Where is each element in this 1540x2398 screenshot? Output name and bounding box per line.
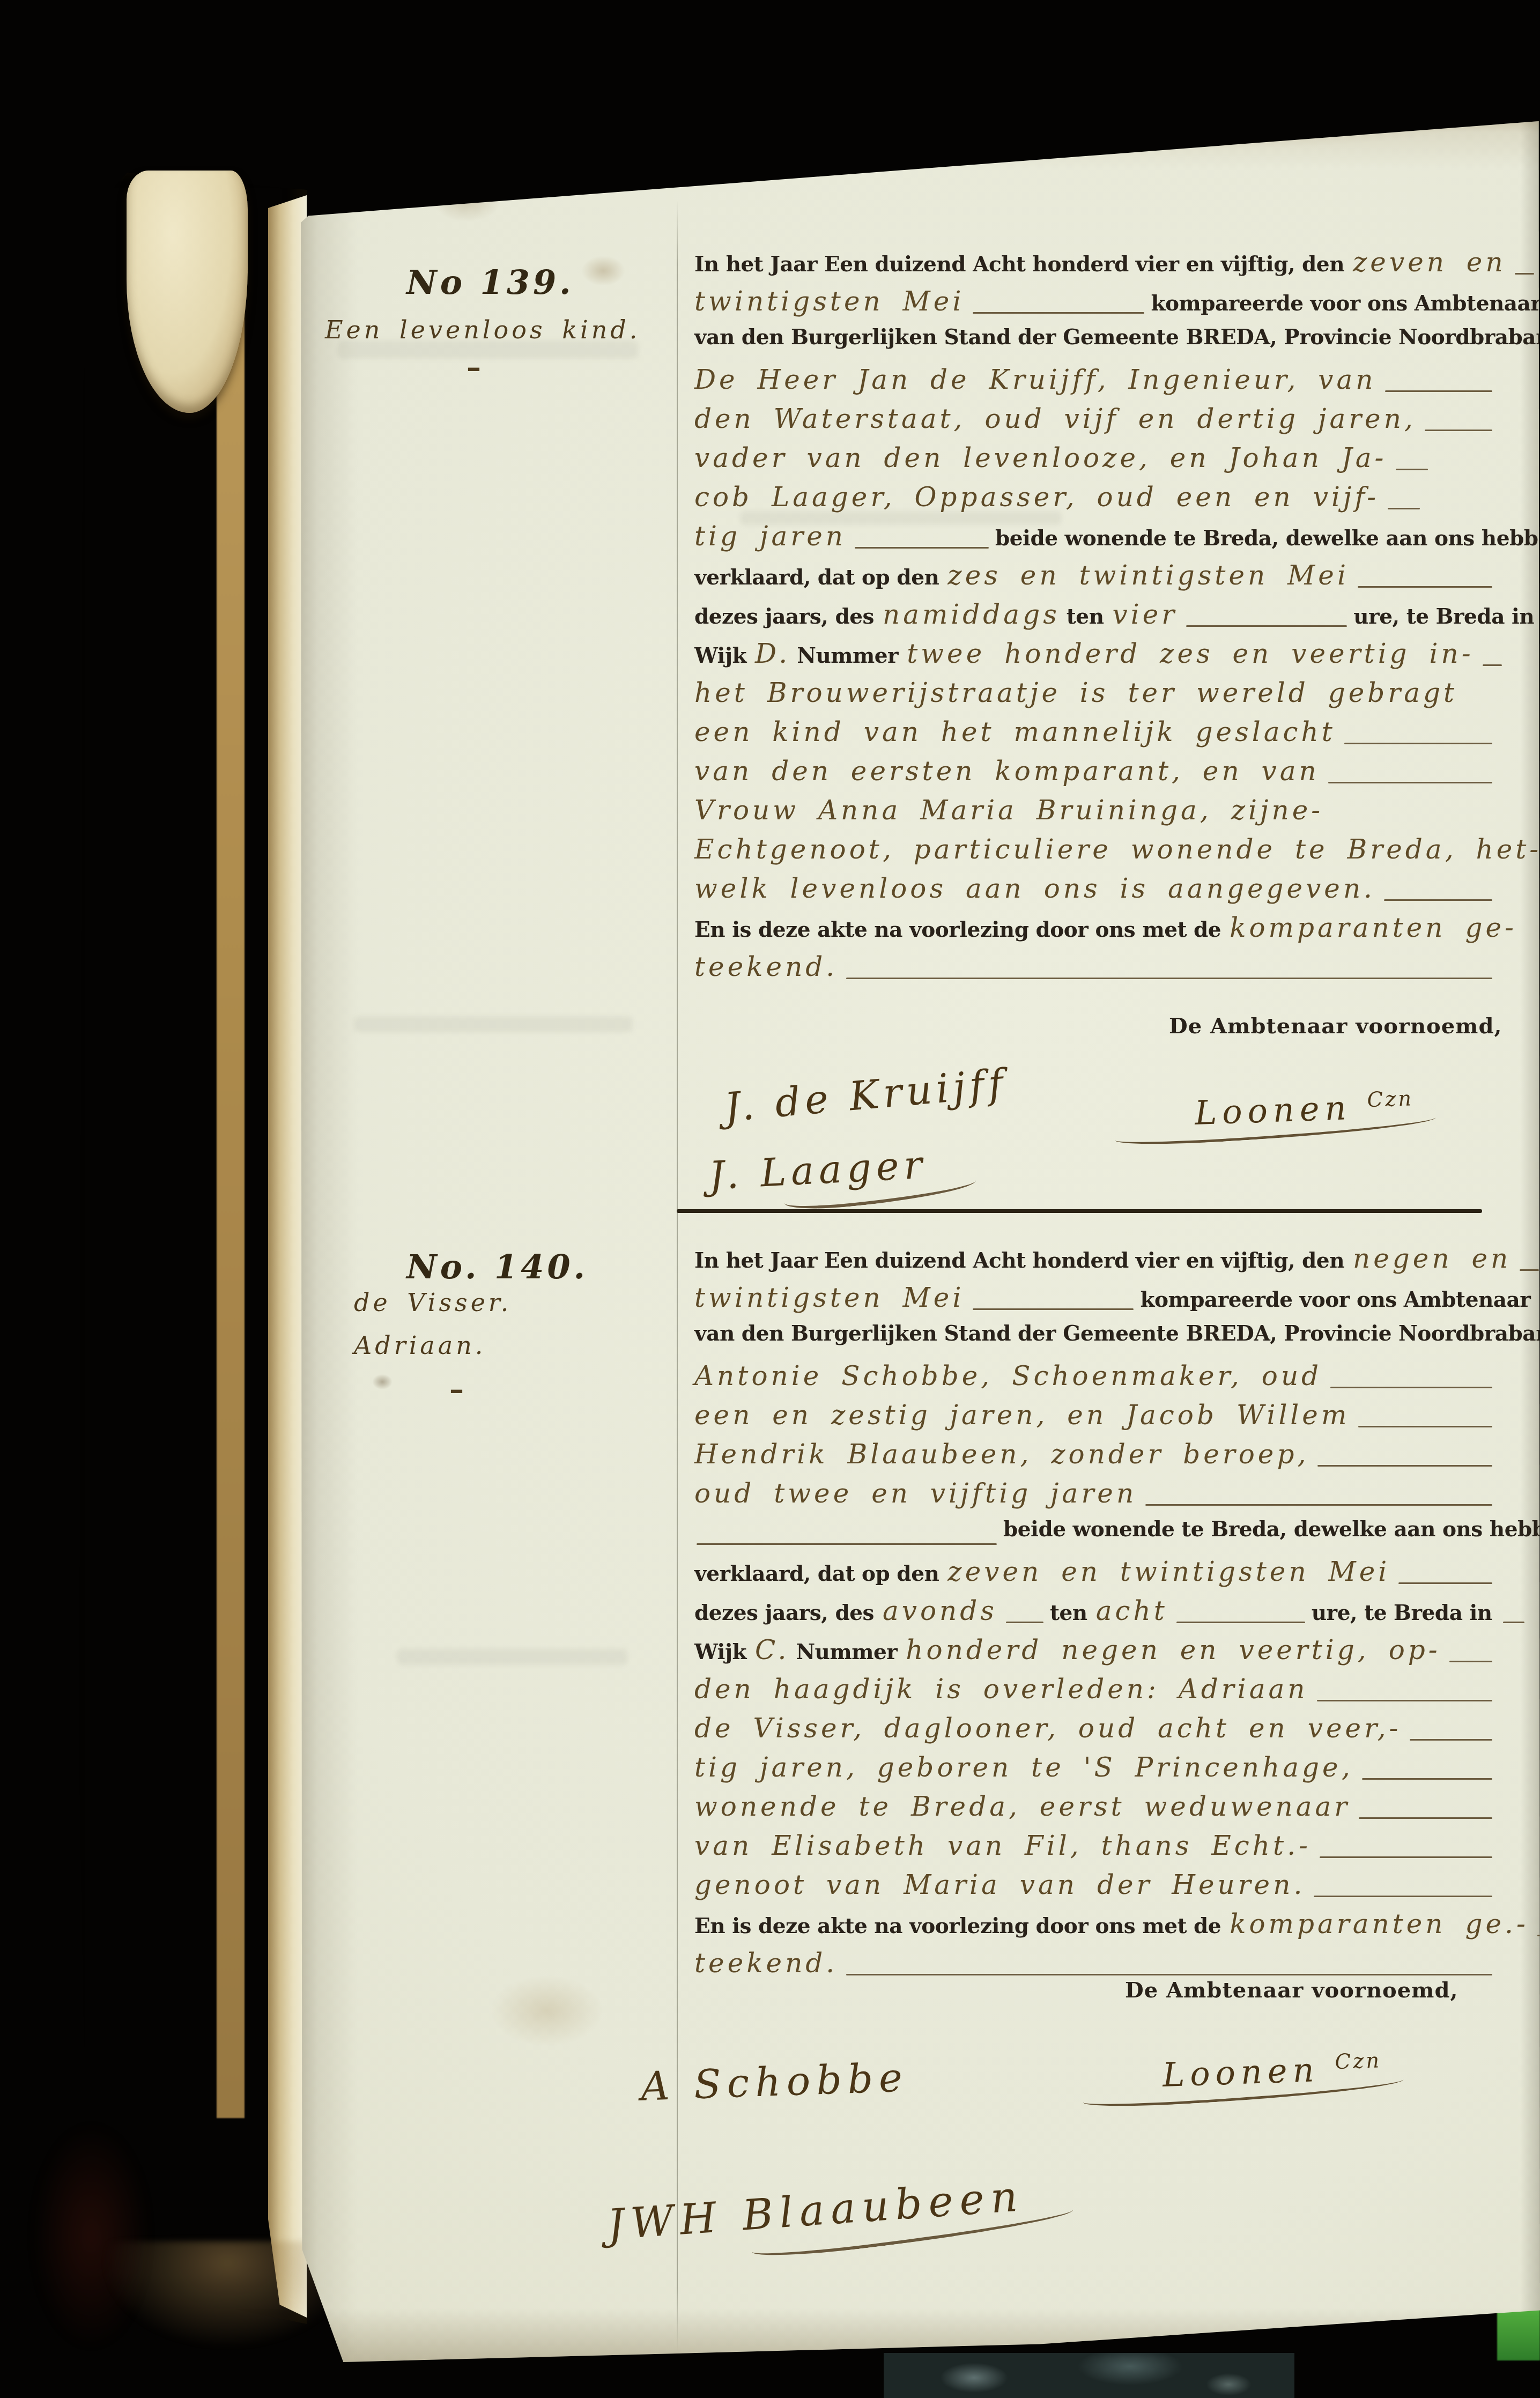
margin-underline-dash: –	[467, 350, 481, 384]
blank-fill-line	[1503, 1622, 1524, 1623]
form-line: twintigsten Meikompareerde voor ons Ambt…	[694, 286, 1499, 325]
form-line: beide wonende te Breda, dewelke aan ons …	[694, 1517, 1499, 1556]
handwritten-text: vier	[1113, 599, 1178, 630]
handwritten-text: een en zestig jaren, en Jacob Willem	[694, 1400, 1350, 1431]
printed-text: kompareerde voor ons Ambtenaar	[1140, 1287, 1530, 1312]
blank-fill-line	[1398, 1582, 1492, 1584]
blank-fill-line	[846, 978, 1492, 979]
printed-text: ure, te Breda in	[1353, 604, 1534, 629]
signature: J. Laager	[708, 1142, 928, 1198]
form-line: genoot van Maria van der Heuren.	[694, 1869, 1499, 1908]
printed-text: beide wonende te Breda, dewelke aan ons …	[995, 526, 1540, 551]
blank-fill-line	[697, 1543, 997, 1545]
blank-fill-line	[1358, 1426, 1492, 1427]
margin-underline-dash: –	[449, 1372, 464, 1406]
form-line: een kind van het mannelijk geslacht	[694, 716, 1499, 756]
printed-text: En is deze akte na voorlezing door ons m…	[694, 917, 1221, 942]
handwritten-text: oud twee en vijftig jaren	[694, 1478, 1137, 1509]
printed-text: verklaard, dat op den	[694, 1561, 939, 1586]
blank-fill-line	[1359, 1817, 1492, 1819]
signature: JWH Blaaubeen	[606, 2172, 1026, 2249]
blank-fill-line	[1520, 1269, 1539, 1271]
closing-label: De Ambtenaar voornoemd,	[1125, 1978, 1458, 2003]
signature: A Schobbe	[640, 2054, 909, 2110]
printed-text: van den Burgerlijken Stand der Gemeente …	[694, 325, 1540, 350]
form-line: Echtgenoot, particuliere wonende te Bred…	[694, 834, 1499, 873]
signature: Loonen Czn	[1194, 1086, 1415, 1133]
handwritten-text: Vrouw Anna Maria Bruininga, zijne-	[694, 795, 1323, 826]
blank-fill-line	[1317, 1700, 1492, 1701]
inner-page-leaves	[268, 187, 307, 2326]
blank-fill-line	[1006, 1622, 1043, 1623]
record-divider-line	[677, 1209, 1482, 1213]
printed-text: In het Jaar Een duizend Acht honderd vie…	[694, 1248, 1344, 1273]
handwritten-text: Echtgenoot, particuliere wonende te Bred…	[694, 834, 1540, 865]
blank-fill-line	[1314, 1896, 1492, 1897]
handwritten-text: genoot van Maria van der Heuren.	[694, 1869, 1305, 1900]
blank-fill-line	[1515, 273, 1534, 275]
handwritten-text: Antonie Schobbe, Schoenmaker, oud	[694, 1360, 1322, 1392]
printed-text: verklaard, dat op den	[694, 565, 939, 590]
form-line: wonende te Breda, eerst weduwenaar	[694, 1791, 1499, 1830]
printed-text: En is deze akte na voorlezing door ons m…	[694, 1914, 1221, 1938]
handwritten-text: honderd negen en veertig, op-	[906, 1634, 1440, 1666]
blank-fill-line	[1330, 1387, 1492, 1388]
form-line: WijkC.Nummerhonderd negen en veertig, op…	[694, 1634, 1499, 1674]
handwritten-text: teekend.	[694, 951, 838, 982]
blank-fill-line	[1385, 390, 1492, 392]
handwritten-text: komparanten ge.-	[1230, 1908, 1529, 1940]
blank-fill-line	[1410, 1739, 1492, 1741]
blank-fill-line	[1362, 1778, 1492, 1780]
death-record-140: No. 140. de Visser. Adriaan. – In het Ja…	[290, 1228, 1540, 2359]
background-shadow	[32, 2123, 150, 2349]
form-line: vader van den levenlooze, en Johan Ja-	[694, 442, 1499, 482]
form-line: welk levenloos aan ons is aangegeven.	[694, 873, 1499, 912]
form-line: En is deze akte na voorlezing door ons m…	[694, 912, 1499, 951]
blank-fill-line	[1384, 899, 1492, 901]
form-line: twintigsten Meikompareerde voor ons Ambt…	[694, 1282, 1499, 1321]
printed-text: Wijk	[694, 1640, 746, 1664]
photographed-register-page: No 139. Een levenloos kind. – In het Jaa…	[0, 0, 1540, 2398]
printed-text: In het Jaar Een duizend Acht honderd vie…	[694, 252, 1344, 277]
printed-text: ten	[1067, 604, 1104, 629]
blank-fill-line	[1425, 430, 1492, 431]
printed-text: dezes jaars, des	[694, 1601, 874, 1625]
form-line: den haagdijk is overleden: Adriaan	[694, 1674, 1499, 1713]
handwritten-text: De Heer Jan de Kruijff, Ingenieur, van	[694, 364, 1376, 395]
form-line: teekend.	[694, 951, 1499, 990]
blank-fill-line	[855, 547, 989, 549]
blank-fill-line	[1344, 743, 1492, 744]
handwritten-text: den Waterstaat, oud vijf en dertig jaren…	[694, 403, 1416, 434]
blank-fill-line	[1176, 1622, 1305, 1623]
form-line: de Visser, daglooner, oud acht en veer,-	[694, 1713, 1499, 1752]
green-bookmark	[1497, 2305, 1540, 2360]
handwritten-text: wonende te Breda, eerst weduwenaar	[694, 1791, 1350, 1822]
handwritten-text: twee honderd zes en veertig in-	[907, 638, 1474, 669]
handwritten-text: tig jaren, geboren te 'S Princenhage,	[694, 1752, 1353, 1783]
handwritten-text: komparanten ge-	[1230, 912, 1517, 943]
handwritten-text: twintigsten Mei	[694, 286, 964, 317]
printed-text: Nummer	[796, 1640, 897, 1664]
form-line: verklaard, dat op denzeven en twintigste…	[694, 1556, 1499, 1595]
blank-fill-line	[1186, 625, 1347, 627]
margin-record-title: de Visser.	[354, 1288, 512, 1317]
blank-fill-line	[1449, 1661, 1492, 1662]
closing-label: De Ambtenaar voornoemd,	[1169, 1013, 1502, 1039]
form-line: In het Jaar Een duizend Acht honderd vie…	[694, 1243, 1499, 1282]
form-line: van Elisabeth van Fil, thans Echt.-	[694, 1830, 1499, 1869]
blank-fill-line	[1388, 508, 1420, 509]
blank-fill-line	[846, 1974, 1492, 1975]
signature-name: Loonen	[1162, 2050, 1320, 2094]
form-line: tig jarenbeide wonende te Breda, dewelke…	[694, 521, 1499, 560]
marbled-book-cover-edge	[884, 2353, 1294, 2398]
form-line: verklaard, dat op denzes en twintigsten …	[694, 560, 1499, 599]
form-line: van den Burgerlijken Stand der Gemeente …	[694, 325, 1499, 364]
blank-fill-line	[1317, 1465, 1492, 1467]
form-line: dezes jaars, desavondstenachture, te Bre…	[694, 1595, 1499, 1634]
printed-text: Nummer	[797, 643, 898, 668]
printed-text: ten	[1050, 1601, 1087, 1625]
signature: Loonen Czn	[1162, 2048, 1382, 2094]
signature-name: Loonen	[1194, 1088, 1352, 1133]
handwritten-text: namiddags	[883, 599, 1060, 630]
form-line: tig jaren, geboren te 'S Princenhage,	[694, 1752, 1499, 1791]
death-record-139: No 139. Een levenloos kind. – In het Jaa…	[290, 236, 1540, 1207]
signature: J. de Kruijff	[722, 1060, 1009, 1131]
printed-text: kompareerde voor ons Ambtenaar	[1151, 291, 1540, 316]
printed-text: van den Burgerlijken Stand der Gemeente …	[694, 1321, 1540, 1346]
form-line: Antonie Schobbe, Schoenmaker, oud	[694, 1360, 1499, 1400]
blank-fill-line	[1396, 469, 1428, 470]
blank-fill-line	[1328, 782, 1492, 783]
handwritten-text: Hendrik Blaaubeen, zonder beroep,	[694, 1439, 1309, 1470]
blank-fill-line	[1483, 664, 1502, 666]
form-line: een en zestig jaren, en Jacob Willem	[694, 1400, 1499, 1439]
handwritten-text: C.	[755, 1634, 789, 1666]
printed-text: beide wonende te Breda, dewelke aan ons …	[1003, 1517, 1540, 1542]
blank-fill-line	[973, 312, 1144, 314]
handwritten-text: het Brouwerijstraatje is ter wereld gebr…	[694, 677, 1457, 708]
printed-text: Wijk	[694, 643, 746, 668]
handwritten-text: cob Laager, Oppasser, oud een en vijf-	[694, 482, 1379, 513]
handwritten-text: negen en	[1353, 1243, 1511, 1274]
margin-record-title: Adriaan.	[354, 1331, 486, 1360]
handwritten-text: D.	[755, 638, 790, 669]
margin-record-number: No 139.	[406, 263, 574, 302]
record-body-text: In het Jaar Een duizend Acht honderd vie…	[694, 247, 1499, 990]
record-body-text: In het Jaar Een duizend Acht honderd vie…	[694, 1243, 1499, 1987]
margin-record-title: Een levenloos kind.	[325, 315, 640, 344]
form-line: Vrouw Anna Maria Bruininga, zijne-	[694, 795, 1499, 834]
handwritten-text: acht	[1096, 1595, 1168, 1626]
handwritten-text: teekend.	[694, 1948, 838, 1979]
handwritten-text: zes en twintigsten Mei	[947, 560, 1349, 591]
handwritten-text: den haagdijk is overleden: Adriaan	[694, 1674, 1308, 1705]
handwritten-text: zeven en	[1353, 247, 1506, 278]
handwritten-text: een kind van het mannelijk geslacht	[694, 716, 1336, 747]
form-line: En is deze akte na voorlezing door ons m…	[694, 1908, 1499, 1948]
form-line: Hendrik Blaaubeen, zonder beroep,	[694, 1439, 1499, 1478]
blank-fill-line	[1358, 586, 1492, 588]
form-line: De Heer Jan de Kruijff, Ingenieur, van	[694, 364, 1499, 403]
signature-suffix: Czn	[1335, 2048, 1382, 2074]
handwritten-text: van den eersten komparant, en van	[694, 756, 1320, 787]
handwritten-text: de Visser, daglooner, oud acht en veer,-	[694, 1713, 1401, 1744]
form-line: cob Laager, Oppasser, oud een en vijf-	[694, 482, 1499, 521]
form-line: oud twee en vijftig jaren	[694, 1478, 1499, 1517]
signature-suffix: Czn	[1367, 1086, 1414, 1112]
handwritten-text: avonds	[883, 1595, 997, 1626]
register-page: No 139. Een levenloos kind. – In het Jaa…	[290, 110, 1540, 2362]
book-page-edges-kraft-leaf	[217, 231, 245, 2118]
blank-fill-line	[1537, 1935, 1540, 1936]
handwritten-text: van Elisabeth van Fil, thans Echt.-	[694, 1830, 1311, 1861]
form-line: WijkD.Nummertwee honderd zes en veertig …	[694, 638, 1499, 677]
margin-record-number: No. 140.	[406, 1247, 588, 1286]
form-line: den Waterstaat, oud vijf en dertig jaren…	[694, 403, 1499, 442]
form-line: In het Jaar Een duizend Acht honderd vie…	[694, 247, 1499, 286]
handwritten-text: welk levenloos aan ons is aangegeven.	[694, 873, 1375, 904]
handwritten-text: twintigsten Mei	[694, 1282, 964, 1313]
blank-fill-line	[1145, 1504, 1492, 1506]
blank-fill-line	[973, 1308, 1134, 1310]
handwritten-text: tig jaren	[694, 521, 846, 552]
form-line: van den eersten komparant, en van	[694, 756, 1499, 795]
form-line: van den Burgerlijken Stand der Gemeente …	[694, 1321, 1499, 1360]
form-line: dezes jaars, desnamiddagstenvierure, te …	[694, 599, 1499, 638]
printed-text: dezes jaars, des	[694, 604, 874, 629]
handwritten-text: vader van den levenlooze, en Johan Ja-	[694, 442, 1387, 473]
form-line: het Brouwerijstraatje is ter wereld gebr…	[694, 677, 1499, 716]
printed-text: ure, te Breda in	[1312, 1601, 1492, 1625]
blank-fill-line	[1320, 1856, 1492, 1858]
handwritten-text: zeven en twintigsten Mei	[947, 1556, 1390, 1587]
